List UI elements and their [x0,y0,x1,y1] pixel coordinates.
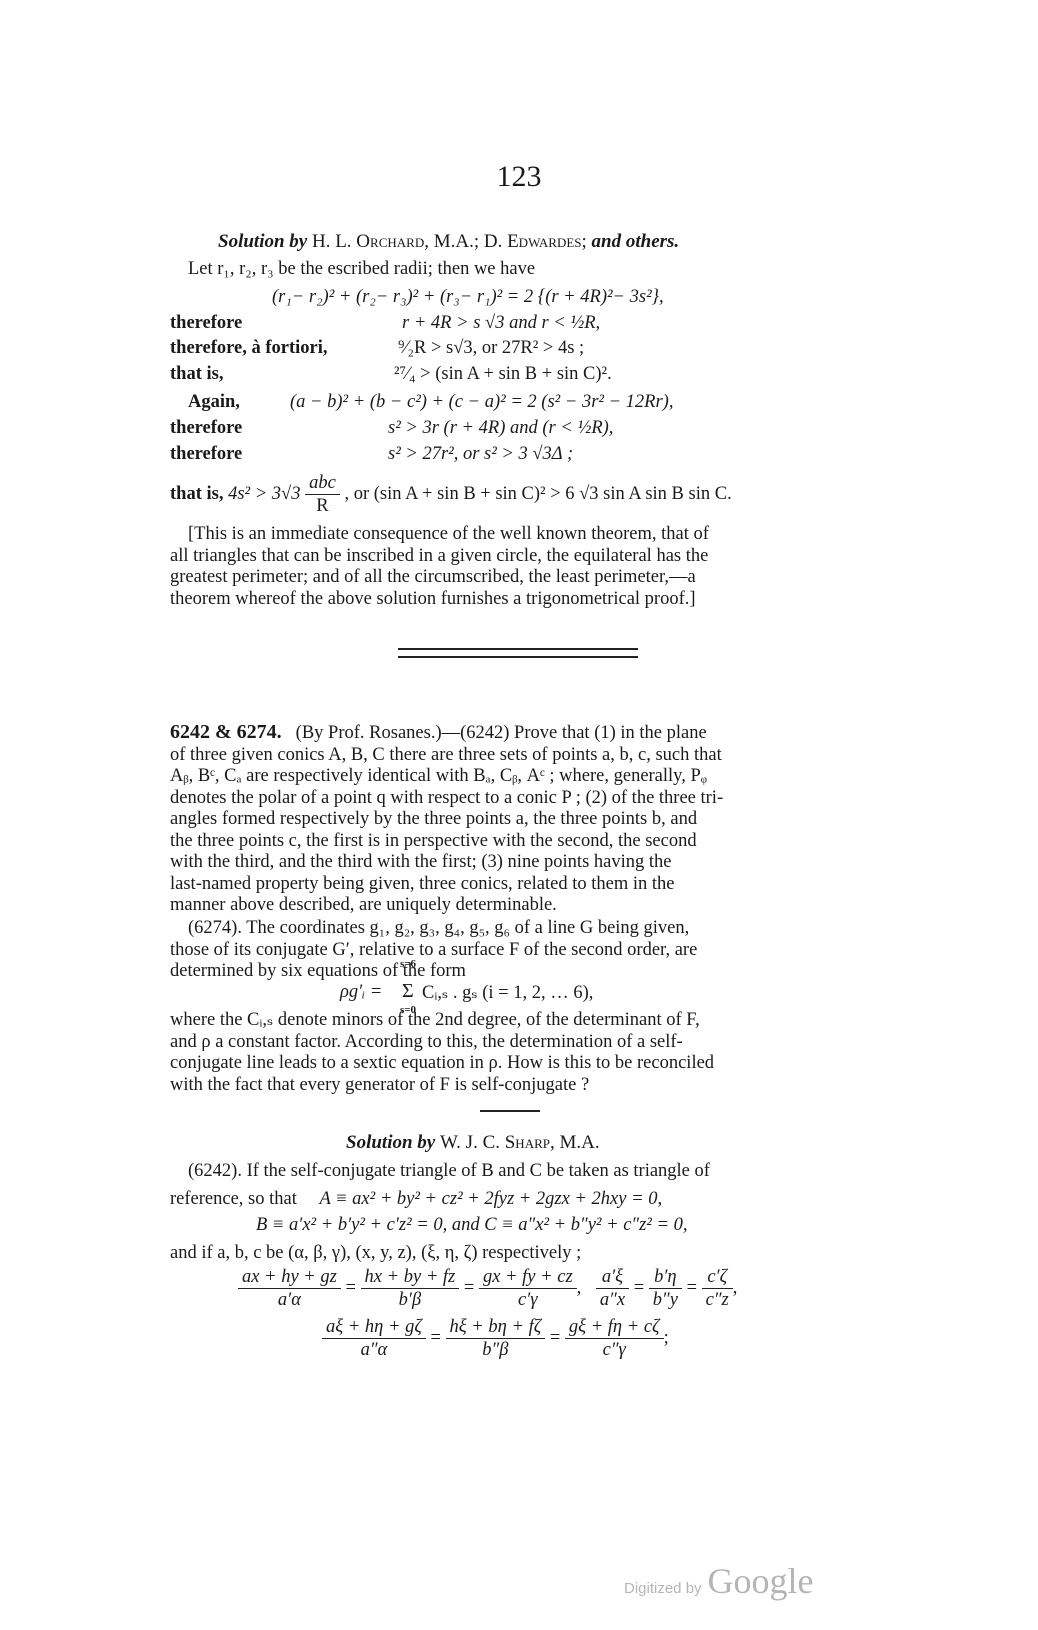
bracketed-note: [This is an immediate consequence of the… [170,524,848,610]
fraction-row-2: aξ + hη + gζa″α = hξ + bη + fζb″β = gξ +… [322,1316,669,1361]
fraction: ax + hy + gza′α [238,1266,341,1311]
row-label: therefore, à fortiori, [170,338,328,359]
fraction-row-1: ax + hy + gza′α = hx + by + fzb′β = gx +… [238,1266,737,1311]
page-number: 123 [0,160,1038,194]
final-lhs: 4s² > 3√3 [228,484,300,504]
solution-heading-2: Solution by W. J. C. Sharp, M.A. [346,1132,600,1154]
section-divider-double-rule [398,648,638,658]
fraction: abc R [305,472,340,517]
row-label: that is, [170,484,223,504]
document-page: 123 Solution by H. L. Orchard, M.A.; D. … [0,0,1038,1630]
equation-escribed-radii: (r₁− r₂)² + (r₂− r₃)² + (r₃− r₁)² = 2 {(… [272,286,664,308]
google-logo: Google [708,1561,814,1601]
fraction: hξ + bη + fζb″β [446,1316,546,1361]
row-expression: s² > 27r², or s² > 3 √3Δ ; [388,444,573,465]
row-label: therefore [170,418,242,439]
sigma-symbol: Σ [402,980,414,1003]
problem-question: where the Cᵢ,ₛ denote minors of the 2nd … [170,1010,848,1096]
solution2-line2: reference, so that A ≡ ax² + by² + cz² +… [170,1188,662,1210]
solution-suffix: and others. [592,231,680,252]
fraction: c′ζc″z [702,1266,733,1311]
final-inequality: that is, 4s² > 3√3 abc R , or (sin A + s… [170,472,732,517]
solution2-line4: and if a, b, c be (α, β, γ), (x, y, z), … [170,1242,581,1264]
row-label: therefore [170,313,242,334]
solution2-line1: (6242). If the self-conjugate triangle o… [188,1160,710,1182]
problem-number: 6242 & 6274. [170,721,282,743]
row-expression: ²⁷⁄₄ > (sin A + sin B + sin C)². [394,364,612,385]
row-expression: (a − b)² + (b − c²) + (c − a)² = 2 (s² −… [290,392,673,413]
row-expression: s² > 3r (r + 4R) and (r < ½R), [388,418,613,439]
row-expression: ⁹⁄₂R > s√3, or 27R² > 4s ; [398,338,584,359]
solution-intro: Let r₁, r₂, r₃ be the escribed radii; th… [188,258,535,280]
problem-part-6274: (6274). The coordinates g₁, g₂, g₃, g₄, … [170,918,848,983]
row-expression: r + 4R > s √3 and r < ½R, [402,313,600,334]
digitized-by-google-watermark: Digitized by Google [624,1560,814,1602]
fraction: b′ηb″y [649,1266,682,1311]
solution-authors: H. L. Orchard, M.A.; D. Edwardes; [312,231,587,252]
row-label: Again, [188,392,240,413]
fraction: aξ + hη + gζa″α [322,1316,426,1361]
row-label: that is, [170,364,223,385]
solution-heading-1: Solution by H. L. Orchard, M.A.; D. Edwa… [218,231,679,253]
section-divider-rule [480,1110,540,1112]
fraction: a′ξa″x [596,1266,629,1311]
fraction: gx + fy + czc′γ [479,1266,577,1311]
fraction: hx + by + fzb′β [361,1266,460,1311]
solution-prefix: Solution by [218,231,307,252]
fraction: gξ + fη + cζc″γ [565,1316,664,1361]
final-rhs: , or (sin A + sin B + sin C)² > 6 √3 sin… [344,484,731,504]
solution2-line3: B ≡ a′x² + b′y² + c′z² = 0, and C ≡ a″x²… [256,1214,687,1236]
problem-statement: 6242 & 6274.(By Prof. Rosanes.)—(6242) P… [170,722,848,917]
row-label: therefore [170,444,242,465]
